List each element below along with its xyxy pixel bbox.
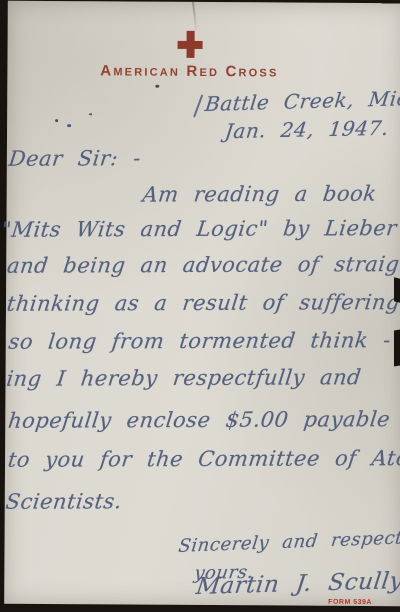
ink-flourish: [193, 94, 203, 117]
signature: Martin J. Scully: [195, 568, 400, 600]
paper-speck: [67, 124, 71, 127]
paper-crease-mark: [192, 2, 197, 32]
body-line: Am reading a book: [141, 182, 378, 207]
red-cross-icon: [178, 31, 203, 58]
body-line: "Mits Wits and Logic" by Lieber: [0, 216, 398, 242]
body-line: hopefully enclose $5.00 payable: [7, 407, 392, 433]
letter-paper: American Red Cross Battle Creek, Mich. J…: [4, 1, 400, 606]
paper-speck: [155, 85, 159, 88]
date-line: Jan. 24, 1947.: [224, 116, 391, 143]
body-line: Scientists.: [4, 489, 123, 513]
body-line: to you for the Committee of Atomic: [7, 446, 400, 472]
greeting-line: Dear Sir: -: [7, 146, 142, 171]
backdrop-notch: [394, 329, 400, 366]
letterhead-organization: American Red Cross: [0, 62, 388, 81]
paper-speck: [89, 113, 92, 115]
form-number-label: FORM 539A: [328, 599, 372, 606]
body-line: and being an advocate of straight: [6, 252, 400, 278]
place-line: Battle Creek, Mich.: [204, 86, 400, 116]
closing-line: Sincerely and respectfully: [177, 526, 400, 557]
body-line: so long from tormented think -: [7, 328, 392, 354]
body-line: thinking as a result of suffering: [6, 290, 400, 316]
body-line: ing I hereby respectfully and: [5, 365, 363, 391]
letter-photo: { "photo": { "backdrop_color": "#17130f"…: [0, 0, 400, 612]
backdrop-notch: [394, 277, 400, 302]
paper-speck: [55, 119, 58, 122]
